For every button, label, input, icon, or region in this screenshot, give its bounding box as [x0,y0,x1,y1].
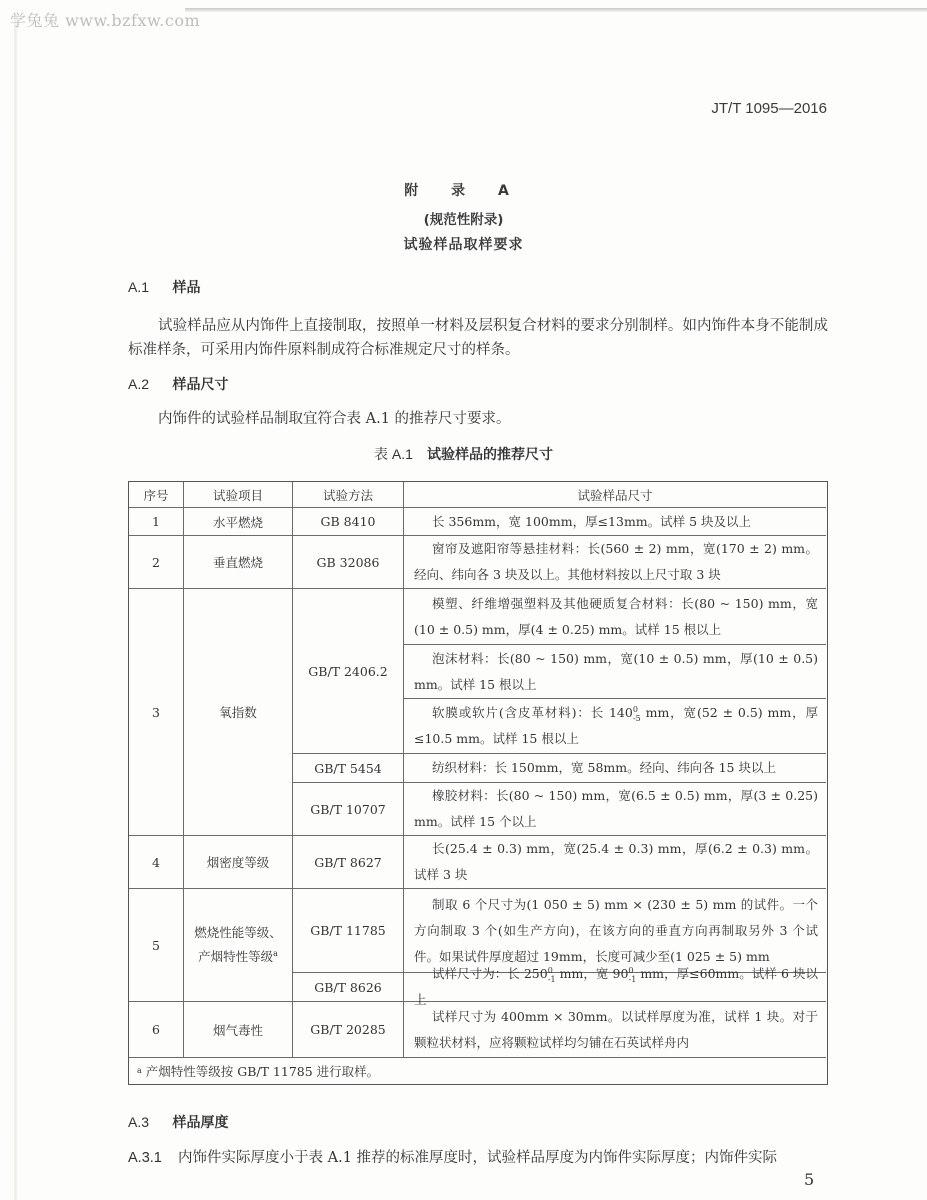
table-cell-size: 泡沫材料：长(80 ~ 150) mm，宽(10 ± 0.5) mm，厚(10 … [404,645,826,699]
section-title: 样品 [172,280,200,296]
table-cell-method: GB 32086 [293,536,404,589]
table-cell-no: 1 [129,508,184,536]
table-cell-item: 水平燃烧 [184,508,293,536]
table-cell-size: 模塑、纤维增强塑料及其他硬质复合材料：长(80 ~ 150) mm，宽(10 ±… [404,589,826,645]
table-caption: 表 A.1试验样品的推荐尺寸 [0,444,927,464]
table-footnote: a 产烟特性等级按 GB/T 11785 进行取样。 [129,1058,827,1084]
size-text: 模塑、纤维增强塑料及其他硬质复合材料：长(80 ~ 150) mm，宽(10 ±… [414,591,818,643]
size-text: 长(25.4 ± 0.3) mm，宽(25.4 ± 0.3) mm，厚(6.2 … [414,836,818,888]
section-heading-a1: A.1 样品 [128,277,200,297]
section-number: A.2 [128,376,168,392]
item-text: 燃烧性能等级、产烟特性等级a [190,921,286,969]
table-cell-method: GB 8410 [293,508,404,536]
table-cell-size: 长 356mm，宽 100mm，厚≤13mm。试样 5 块及以上 [404,508,826,536]
size-text: 窗帘及遮阳帘等悬挂材料：长(560 ± 2) mm，宽(170 ± 2) mm。… [414,536,818,588]
size-text: 制取 6 个尺寸为(1 050 ± 5) mm × (230 ± 5) mm 的… [414,892,818,970]
footnote-text: 产烟特性等级按 GB/T 11785 进行取样。 [146,1062,379,1080]
section-body-a2: 内饰件的试验样品制取宜符合表 A.1 的推荐尺寸要求。 [128,407,828,431]
table-cell-no: 5 [129,889,184,1002]
size-text: 软膜或软片(含皮革材料)：长 1400-5 mm，宽(52 ± 0.5) mm，… [414,700,818,752]
table-cell-item: 垂直燃烧 [184,536,293,589]
table-cell-method: GB/T 2406.2 [293,589,404,754]
item-label: 燃烧性能等级、产烟特性等级 [194,925,282,964]
table-cell-no: 2 [129,536,184,589]
table-cell-method: GB/T 8626 [293,973,404,1002]
footnote-mark: a [273,949,278,958]
table-cell-no: 3 [129,589,184,836]
section-body-a1: 试验样品应从内饰件上直接制取，按照单一材料及层积复合材料的要求分别制样。如内饰件… [128,314,828,362]
page-edge-shadow [185,8,927,12]
size-text: 长 356mm，宽 100mm，厚≤13mm。试样 5 块及以上 [414,509,751,535]
size-text: 橡胶材料：长(80 ~ 150) mm，宽(6.5 ± 0.5) mm，厚(3 … [414,783,818,835]
section-number: A.1 [128,279,168,295]
table-cell-size: 长(25.4 ± 0.3) mm，宽(25.4 ± 0.3) mm，厚(6.2 … [404,836,826,889]
standard-code: JT/T 1095—2016 [711,100,827,117]
page-number: 5 [804,1170,814,1189]
size-text-part: 试样尺寸为：长 250 [432,966,548,981]
table-cell-size: 试样尺寸为 400mm × 30mm。以试样厚度为准，试样 1 块。对于颗粒状材… [404,1002,826,1058]
tolerance-lower: -1 [548,975,556,984]
table-cell-size: 橡胶材料：长(80 ~ 150) mm，宽(6.5 ± 0.5) mm，厚(3 … [404,783,826,836]
sample-size-table: 序号 试验项目 试验方法 试验样品尺寸 1 水平燃烧 GB 8410 长 356… [128,481,828,1085]
subsection-body: 内饰件实际厚度小于表 A.1 推荐的标准厚度时，试验样品厚度为内饰件实际厚度；内… [178,1150,777,1166]
table-cell-method: GB/T 20285 [293,1002,404,1058]
table-cell-method: GB/T 11785 [293,889,404,973]
size-text: 试样尺寸为 400mm × 30mm。以试样厚度为准，试样 1 块。对于颗粒状材… [414,1004,818,1056]
tolerance-upper: 0 [633,705,638,714]
section-title: 样品厚度 [172,1115,228,1131]
tolerance-upper: 0 [548,966,553,975]
table-title: 试验样品的推荐尺寸 [427,447,553,463]
tolerance-lower: -5 [633,714,641,723]
section-title: 样品尺寸 [172,377,228,393]
table-number: 表 A.1 [374,446,413,462]
subsection-number: A.3.1 [128,1150,178,1166]
size-text-part: 软膜或软片(含皮革材料)：长 140 [432,705,633,720]
tolerance-upper: 0 [628,966,633,975]
section-number: A.3 [128,1114,168,1130]
table-cell-size: 试样尺寸为：长 2500-1 mm，宽 900-1 mm，厚≤60mm。试样 6… [404,973,826,1002]
size-text: 泡沫材料：长(80 ~ 150) mm，宽(10 ± 0.5) mm，厚(10 … [414,646,818,698]
table-cell-size: 纺织材料：长 150mm，宽 58mm。经向、纬向各 15 块以上 [404,754,826,783]
table-cell-no: 6 [129,1002,184,1058]
size-text: 纺织材料：长 150mm，宽 58mm。经向、纬向各 15 块以上 [414,755,776,781]
table-cell-size: 软膜或软片(含皮革材料)：长 1400-5 mm，宽(52 ± 0.5) mm，… [404,699,826,754]
subsection-a3-1: A.3.1内饰件实际厚度小于表 A.1 推荐的标准厚度时，试验样品厚度为内饰件实… [128,1146,777,1167]
table-cell-method: GB/T 8627 [293,836,404,889]
table-cell-item: 氧指数 [184,589,293,836]
annex-name: 试验样品取样要求 [0,234,927,254]
table-header-method: 试验方法 [293,482,404,508]
table-cell-size: 窗帘及遮阳帘等悬挂材料：长(560 ± 2) mm，宽(170 ± 2) mm。… [404,536,826,589]
size-text-part: mm，宽 90 [556,966,629,981]
table-header-no: 序号 [129,482,184,508]
table-cell-no: 4 [129,836,184,889]
table-cell-item: 烟密度等级 [184,836,293,889]
annex-type: (规范性附录) [0,208,927,228]
table-cell-item: 燃烧性能等级、产烟特性等级a [184,889,293,1002]
table-header-item: 试验项目 [184,482,293,508]
table-cell-method: GB/T 5454 [293,754,404,783]
table-cell-method: GB/T 10707 [293,783,404,836]
table-cell-item: 烟气毒性 [184,1002,293,1058]
table-header-size: 试验样品尺寸 [404,482,826,508]
section-heading-a2: A.2 样品尺寸 [128,374,228,394]
section-heading-a3: A.3 样品厚度 [128,1112,228,1132]
watermark: 学兔兔 www.bzfxw.com [10,8,200,31]
annex-title: 附 录 A [0,180,927,200]
